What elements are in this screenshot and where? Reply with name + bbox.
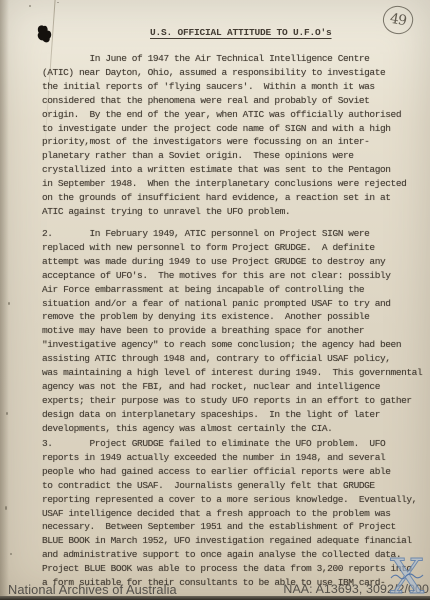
paper-bottom-edge <box>0 596 430 600</box>
paragraph-1: In June of 1947 the Air Technical Intell… <box>42 52 430 219</box>
paragraph-3: 3. Project GRUDGE failed to eliminate th… <box>42 437 430 590</box>
paper-speck <box>57 2 59 3</box>
page-number-stamp: 49 <box>380 3 416 37</box>
paragraph-2: 2. In February 1949, ATIC personnel on P… <box>42 227 430 436</box>
ink-blot-mark <box>36 24 54 45</box>
paper-speck <box>8 302 10 305</box>
digitisation-watermark-x-icon: X <box>386 551 430 600</box>
paper-speck <box>29 5 31 7</box>
paper-speck <box>5 506 7 510</box>
page-number: 49 <box>389 11 407 30</box>
document-title: U.S. OFFICIAL ATTITUDE TO U.F.O's <box>150 27 332 38</box>
paper-left-edge-shadow <box>0 0 9 600</box>
scanned-document-page: 49 U.S. OFFICIAL ATTITUDE TO U.F.O's In … <box>0 0 430 600</box>
archive-watermark-label: National Archives of Australia <box>8 582 177 597</box>
paper-speck <box>10 553 12 555</box>
paper-speck <box>6 412 8 415</box>
